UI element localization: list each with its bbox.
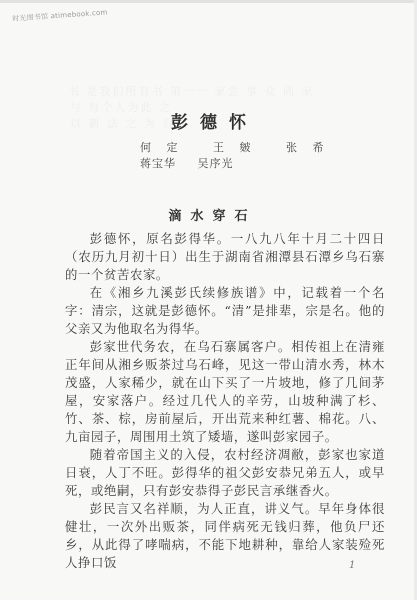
paragraph: 彭德怀，原名彭得华。一八九八年十月二十四日（农历九月初十日）出生于湖南省湘潭县石… bbox=[65, 230, 385, 284]
book-page: 时光图书馆 atimebook.com 书 是我们所有书 第一一 家尝 事 众 … bbox=[0, 0, 417, 600]
author-name: 吴序光 bbox=[198, 156, 234, 172]
paragraph: 彭民言又名祥顺，为人正直，讲义气。早年身体很健壮，一次外出贩茶，同伴病死无钱归葬… bbox=[65, 500, 385, 572]
author-list: 何 定 王 皴 张 希 蒋宝华 吴序光 bbox=[140, 140, 356, 172]
page-edge-top bbox=[0, 0, 417, 3]
author-name: 蒋宝华 bbox=[140, 156, 176, 172]
section-title: 滴水穿石 bbox=[0, 205, 417, 224]
page-number: 1 bbox=[349, 560, 355, 571]
paragraph: 随着帝国主义的入侵，农村经济凋敝，彭家也家道日衰，人丁不旺。彭得华的祖父彭安恭兄… bbox=[65, 446, 385, 500]
author-name: 何 定 bbox=[140, 140, 184, 156]
body-text: 彭德怀，原名彭得华。一八九八年十月二十四日（农历九月初十日）出生于湖南省湘潭县石… bbox=[65, 230, 385, 572]
author-row: 何 定 王 皴 张 希 bbox=[140, 140, 356, 156]
paragraph: 彭家世代务农，在乌石寨属客户。相传祖上在清雍正年间从湘乡贩茶过乌石峰，见这一带山… bbox=[65, 338, 385, 446]
bleed-through-text: 书 是我们所有书 第一一 家尝 事 众 尚 家 bbox=[68, 83, 314, 99]
paragraph: 在《湘乡九溪彭氏续修族谱》中，记载着一个名字：清宗，这就是彭德怀。“清”是排辈，… bbox=[65, 284, 385, 338]
author-name: 王 皴 bbox=[213, 140, 257, 156]
watermark: 时光图书馆 atimebook.com bbox=[12, 7, 108, 24]
chapter-title: 彭德怀 bbox=[0, 108, 417, 133]
author-row: 蒋宝华 吴序光 bbox=[140, 156, 356, 172]
author-name: 张 希 bbox=[286, 140, 330, 156]
